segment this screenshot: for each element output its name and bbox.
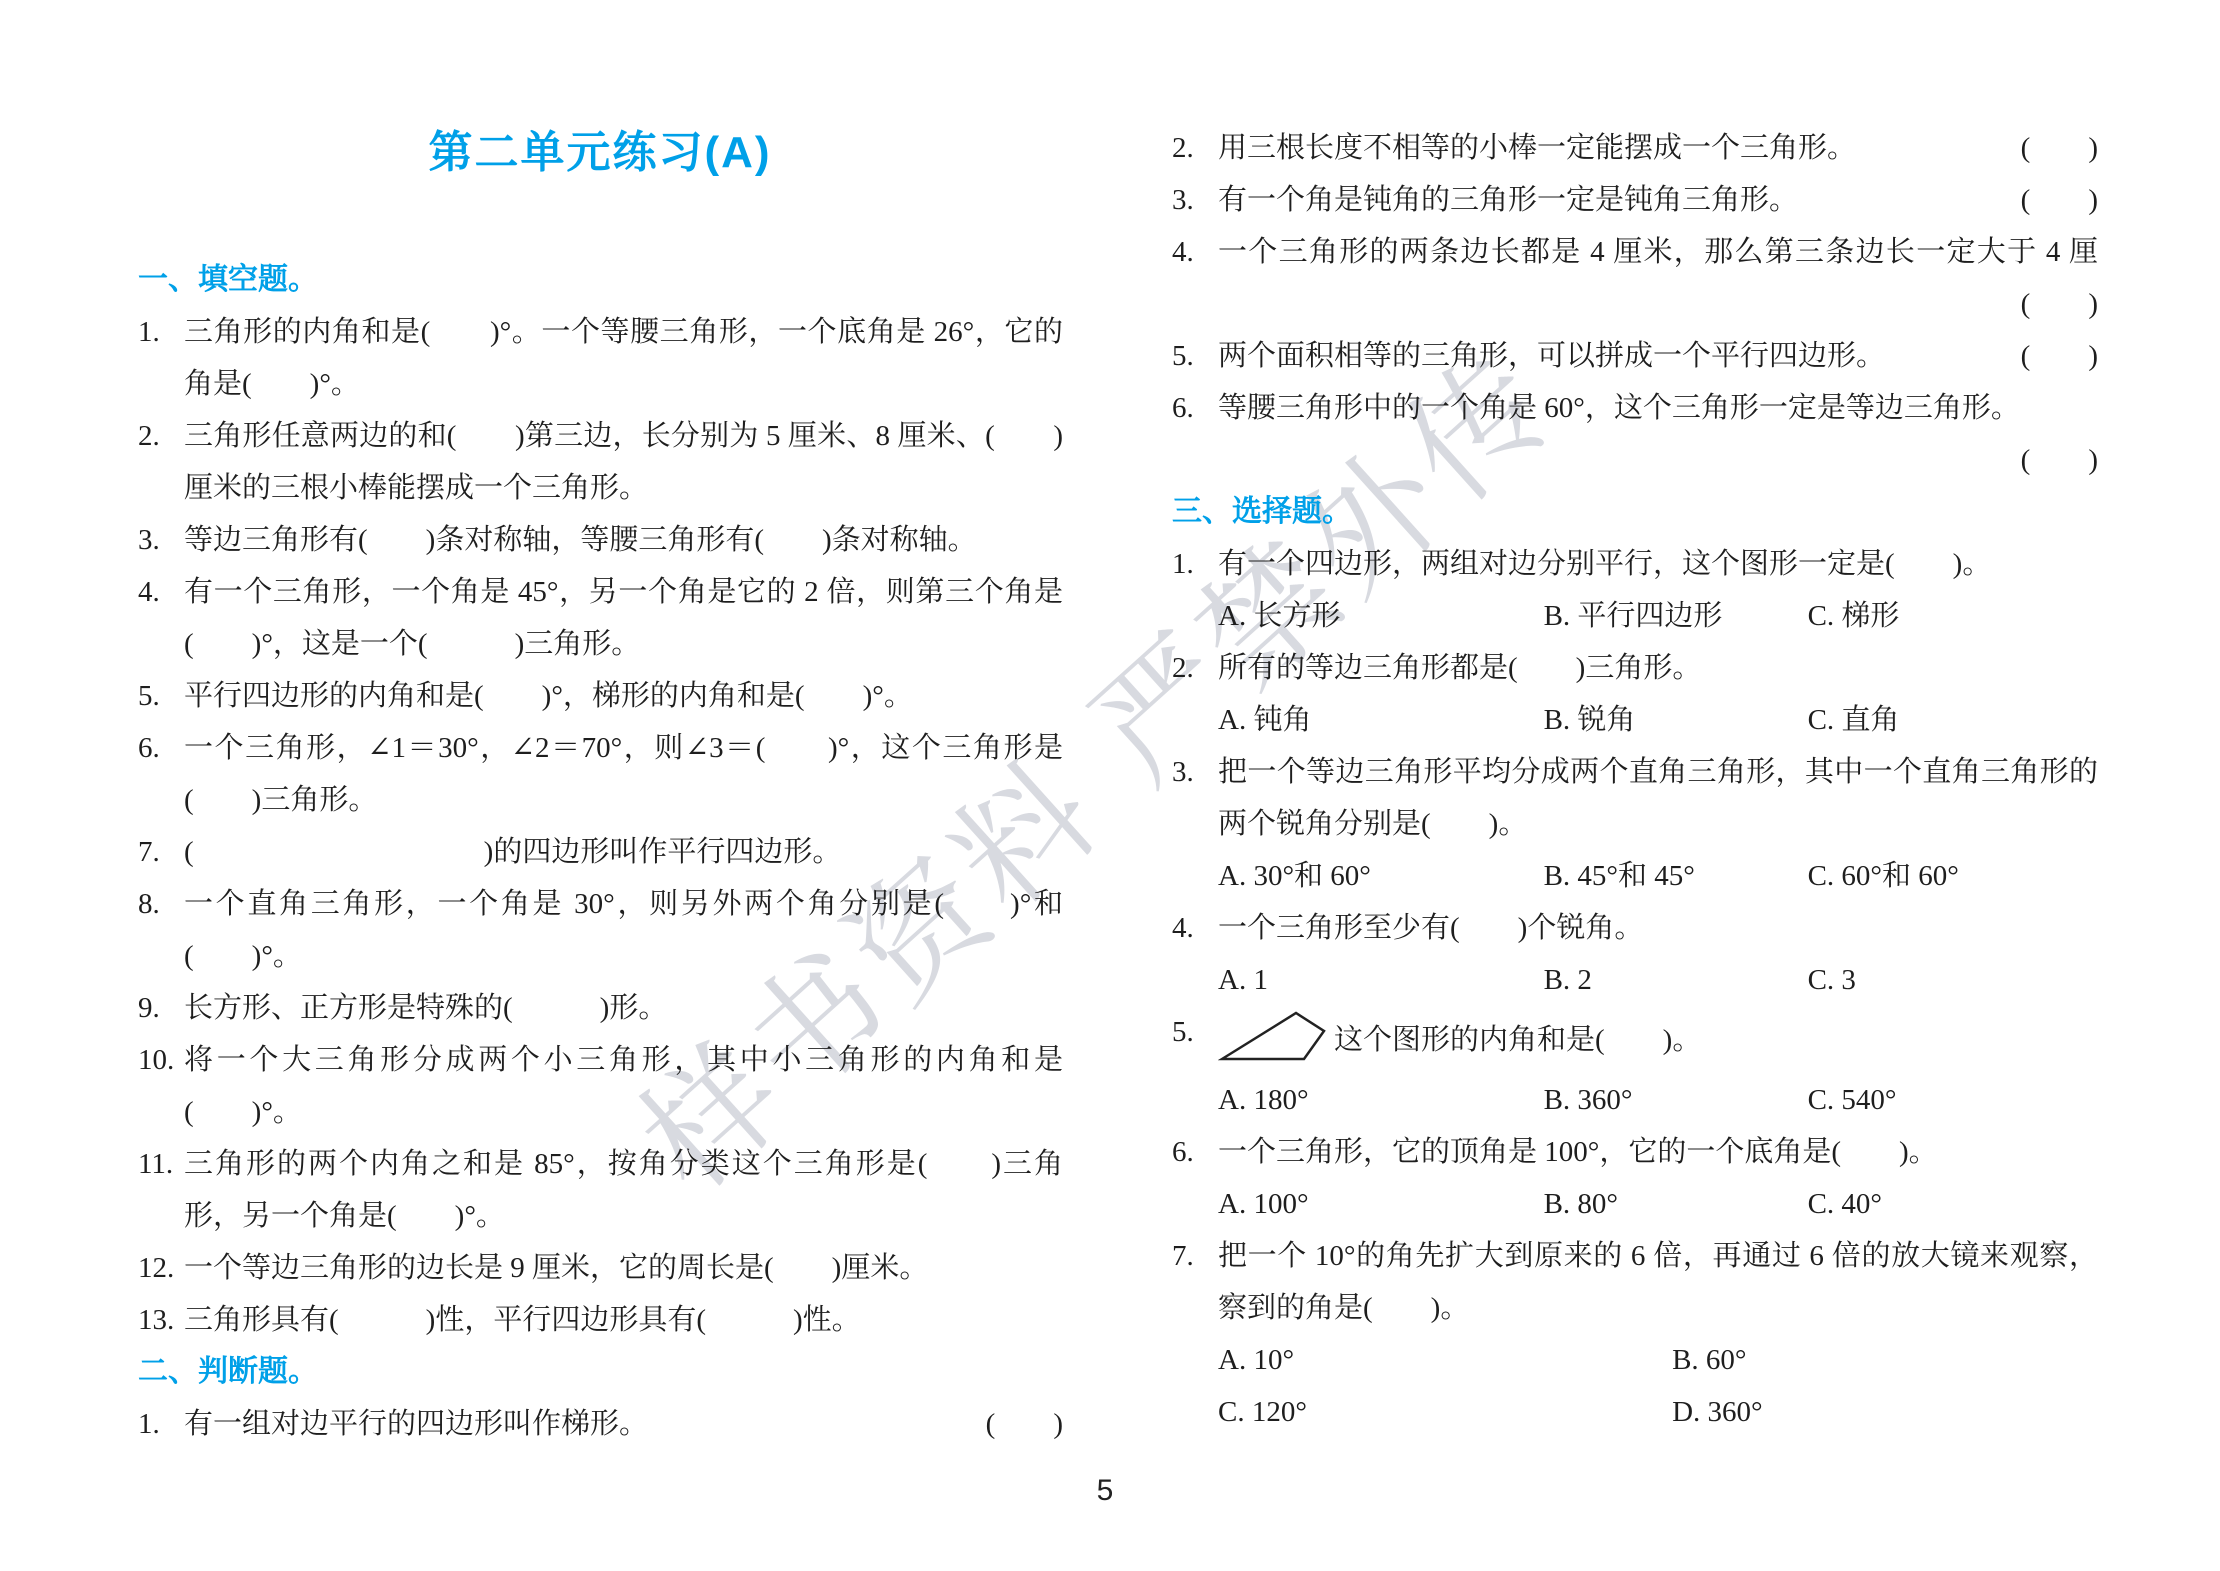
answer-bracket: ( ) xyxy=(2021,174,2098,226)
blank-question: 7.( )的四边形叫作平行四边形。 xyxy=(138,826,1063,878)
question-line: ( ) xyxy=(1218,278,2098,330)
question-text: 把一个等边三角形平均分成两个直角三角形，其中一个直角三角形的 xyxy=(1218,756,2098,788)
choice-question: 5.这个图形的内角和是( )。A. 180°B. 360°C. 540° xyxy=(1172,1006,2098,1126)
question-line: 两个锐角分别是( )。 xyxy=(1218,798,2098,850)
question-text: 所有的等边三角形都是( )三角形。 xyxy=(1218,652,1701,684)
question-line: 厘米的三根小棒能摆成一个三角形。 xyxy=(184,462,1063,514)
options-row: A. 10°B. 60° xyxy=(1218,1334,2098,1386)
question-number: 4. xyxy=(1172,902,1194,954)
question-text: 察到的角是( )。 xyxy=(1218,1292,1469,1324)
worksheet-page: { "page": { "title": "第二单元练习(A)", "numbe… xyxy=(0,0,2220,1571)
question-number: 2. xyxy=(138,410,160,462)
answer-bracket: ( ) xyxy=(2021,122,2098,174)
question-text: 等腰三角形中的一个角是 60°，这个三角形一定是等边三角形。 xyxy=(1218,392,2020,424)
section-header: 二、判断题。 xyxy=(138,1346,1063,1398)
question-number: 10. xyxy=(138,1034,174,1086)
question-text: ( )°，这是一个( )三角形。 xyxy=(184,628,640,660)
choice-question: 6.一个三角形，它的顶角是 100°，它的一个底角是( )。A. 100°B. … xyxy=(1172,1126,2098,1230)
question-number: 7. xyxy=(1172,1230,1194,1282)
question-line: 三角形的两个内角之和是 85°，按角分类这个三角形是( )三角 xyxy=(184,1138,1063,1190)
question-line: 有一个四边形，两组对边分别平行，这个图形一定是( )。 xyxy=(1218,538,2098,590)
question-line: ( )的四边形叫作平行四边形。 xyxy=(184,826,1063,878)
question-text: 用三根长度不相等的小棒一定能摆成一个三角形。 xyxy=(1218,122,1856,174)
question-text: 平行四边形的内角和是( )°，梯形的内角和是( )°。 xyxy=(184,680,913,712)
question-text: 将一个大三角形分成两个小三角形，其中小三角形的内角和是 xyxy=(184,1044,1063,1076)
blank-question: 10.将一个大三角形分成两个小三角形，其中小三角形的内角和是( )°。 xyxy=(138,1034,1063,1138)
option: A. 10° xyxy=(1218,1334,1672,1386)
question-number: 2. xyxy=(1172,122,1194,174)
question-line: 将一个大三角形分成两个小三角形，其中小三角形的内角和是 xyxy=(184,1034,1063,1086)
question-number: 3. xyxy=(1172,174,1194,226)
options-row: A. 钝角B. 锐角C. 直角 xyxy=(1218,694,2098,746)
question-number: 8. xyxy=(138,878,160,930)
options-row: C. 120°D. 360° xyxy=(1218,1386,2098,1438)
question-line: 有一个三角形，一个角是 45°，另一个角是它的 2 倍，则第三个角是 xyxy=(184,566,1063,618)
question-line: 一个三角形至少有( )个锐角。 xyxy=(1218,902,2098,954)
option: B. 平行四边形 xyxy=(1544,590,1808,642)
question-text: 三角形的两个内角之和是 85°，按角分类这个三角形是( )三角 xyxy=(184,1148,1063,1180)
question-number: 4. xyxy=(138,566,160,618)
left-column: 一、填空题。1.三角形的内角和是( )°。一个等腰三角形，一个底角是 26°，它… xyxy=(138,254,1063,1450)
question-text: 一个三角形的两条边长都是 4 厘米，那么第三条边长一定大于 4 厘米。 xyxy=(1218,236,2098,278)
truefalse-question: 2.用三根长度不相等的小棒一定能摆成一个三角形。( ) xyxy=(1172,122,2098,174)
question-line: 有一个角是钝角的三角形一定是钝角三角形。( ) xyxy=(1218,174,2098,226)
question-line: 两个面积相等的三角形，可以拼成一个平行四边形。( ) xyxy=(1218,330,2098,382)
blank-question: 1.三角形的内角和是( )°。一个等腰三角形，一个底角是 26°，它的顶角是( … xyxy=(138,306,1063,410)
question-line: 一个三角形的两条边长都是 4 厘米，那么第三条边长一定大于 4 厘米。 xyxy=(1218,226,2098,278)
question-line: ( ) xyxy=(1218,434,2098,486)
option: C. 120° xyxy=(1218,1386,1672,1438)
option: A. 180° xyxy=(1218,1074,1544,1126)
option: A. 100° xyxy=(1218,1178,1544,1230)
section-header: 一、填空题。 xyxy=(138,254,1063,306)
question-line: 有一组对边平行的四边形叫作梯形。( ) xyxy=(184,1398,1063,1450)
quadrilateral-figure xyxy=(1218,1009,1330,1061)
question-text: 一个直角三角形，一个角是 30°，则另外两个角分别是( )°和 xyxy=(184,888,1063,920)
question-number: 5. xyxy=(1172,330,1194,382)
question-text: 角是( )°。 xyxy=(184,368,360,400)
question-number: 6. xyxy=(1172,1126,1194,1178)
section-header: 三、选择题。 xyxy=(1172,486,2098,538)
question-text: 这个图形的内角和是( )。 xyxy=(1334,1024,1701,1056)
question-text: 三角形具有( )性，平行四边形具有( )性。 xyxy=(184,1304,861,1336)
option: C. 40° xyxy=(1808,1178,2098,1230)
option: B. 2 xyxy=(1544,954,1808,1006)
question-number: 6. xyxy=(1172,382,1194,434)
blank-question: 3.等边三角形有( )条对称轴，等腰三角形有( )条对称轴。 xyxy=(138,514,1063,566)
question-line: 三角形具有( )性，平行四边形具有( )性。 xyxy=(184,1294,1063,1346)
question-line: 一个三角形，它的顶角是 100°，它的一个底角是( )。 xyxy=(1218,1126,2098,1178)
question-text: 一个等边三角形的边长是 9 厘米，它的周长是( )厘米。 xyxy=(184,1252,928,1284)
question-text: ( )°。 xyxy=(184,940,302,972)
question-line: 察到的角是( )。 xyxy=(1218,1282,2098,1334)
answer-bracket: ( ) xyxy=(2021,434,2098,486)
question-line: 等边三角形有( )条对称轴，等腰三角形有( )条对称轴。 xyxy=(184,514,1063,566)
question-number: 13. xyxy=(138,1294,174,1346)
options-row: A. 长方形B. 平行四边形C. 梯形 xyxy=(1218,590,2098,642)
question-line: 三角形的内角和是( )°。一个等腰三角形，一个底角是 26°，它的顶 xyxy=(184,306,1063,358)
question-text: 有一个角是钝角的三角形一定是钝角三角形。 xyxy=(1218,174,1798,226)
question-text: 有一组对边平行的四边形叫作梯形。 xyxy=(184,1398,648,1450)
blank-question: 12.一个等边三角形的边长是 9 厘米，它的周长是( )厘米。 xyxy=(138,1242,1063,1294)
option: B. 锐角 xyxy=(1544,694,1808,746)
options-row: A. 30°和 60°B. 45°和 45°C. 60°和 60° xyxy=(1218,850,2098,902)
options-row: A. 180°B. 360°C. 540° xyxy=(1218,1074,2098,1126)
question-number: 12. xyxy=(138,1242,174,1294)
answer-bracket: ( ) xyxy=(986,1398,1063,1450)
question-text: 长方形、正方形是特殊的( )形。 xyxy=(184,992,667,1024)
option: A. 长方形 xyxy=(1218,590,1544,642)
blank-question: 2.三角形任意两边的和( )第三边，长分别为 5 厘米、8 厘米、( )厘米的三… xyxy=(138,410,1063,514)
question-line: 一个三角形，∠1＝30°，∠2＝70°，则∠3＝( )°，这个三角形是 xyxy=(184,722,1063,774)
question-line: 角是( )°。 xyxy=(184,358,1063,410)
truefalse-question: 1.有一组对边平行的四边形叫作梯形。( ) xyxy=(138,1398,1063,1450)
question-number: 2. xyxy=(1172,642,1194,694)
question-text: 等边三角形有( )条对称轴，等腰三角形有( )条对称轴。 xyxy=(184,524,977,556)
question-text: 一个三角形，∠1＝30°，∠2＝70°，则∠3＝( )°，这个三角形是 xyxy=(184,732,1063,764)
question-line: 形，另一个角是( )°。 xyxy=(184,1190,1063,1242)
page-number: 5 xyxy=(1097,1474,1114,1508)
question-line: 把一个等边三角形平均分成两个直角三角形，其中一个直角三角形的 xyxy=(1218,746,2098,798)
question-line: 用三根长度不相等的小棒一定能摆成一个三角形。( ) xyxy=(1218,122,2098,174)
question-text: ( )°。 xyxy=(184,1096,302,1128)
question-line: 三角形任意两边的和( )第三边，长分别为 5 厘米、8 厘米、( ) xyxy=(184,410,1063,462)
question-text: 形，另一个角是( )°。 xyxy=(184,1200,505,1232)
option: A. 30°和 60° xyxy=(1218,850,1544,902)
question-line: 平行四边形的内角和是( )°，梯形的内角和是( )°。 xyxy=(184,670,1063,722)
blank-question: 8.一个直角三角形，一个角是 30°，则另外两个角分别是( )°和( )°。 xyxy=(138,878,1063,982)
question-number: 7. xyxy=(138,826,160,878)
question-line: 这个图形的内角和是( )。 xyxy=(1218,1006,2098,1074)
option: C. 3 xyxy=(1808,954,2098,1006)
truefalse-question: 3.有一个角是钝角的三角形一定是钝角三角形。( ) xyxy=(1172,174,2098,226)
choice-question: 1.有一个四边形，两组对边分别平行，这个图形一定是( )。A. 长方形B. 平行… xyxy=(1172,538,2098,642)
question-line: 一个直角三角形，一个角是 30°，则另外两个角分别是( )°和 xyxy=(184,878,1063,930)
question-text: 一个三角形，它的顶角是 100°，它的一个底角是( )。 xyxy=(1218,1136,1938,1168)
options-row: A. 100°B. 80°C. 40° xyxy=(1218,1178,2098,1230)
option: A. 钝角 xyxy=(1218,694,1544,746)
question-text: 三角形的内角和是( )°。一个等腰三角形，一个底角是 26°，它的顶 xyxy=(184,316,1063,358)
truefalse-question: 4.一个三角形的两条边长都是 4 厘米，那么第三条边长一定大于 4 厘米。( ) xyxy=(1172,226,2098,330)
choice-question: 7.把一个 10°的角先扩大到原来的 6 倍，再通过 6 倍的放大镜来观察，观察… xyxy=(1172,1230,2098,1438)
truefalse-question: 6.等腰三角形中的一个角是 60°，这个三角形一定是等边三角形。( ) xyxy=(1172,382,2098,486)
question-number: 6. xyxy=(138,722,160,774)
option: C. 540° xyxy=(1808,1074,2098,1126)
blank-question: 6.一个三角形，∠1＝30°，∠2＝70°，则∠3＝( )°，这个三角形是( )… xyxy=(138,722,1063,826)
question-number: 3. xyxy=(138,514,160,566)
question-number: 11. xyxy=(138,1138,173,1190)
option: C. 60°和 60° xyxy=(1808,850,2098,902)
answer-bracket: ( ) xyxy=(2021,330,2098,382)
choice-question: 4.一个三角形至少有( )个锐角。A. 1B. 2C. 3 xyxy=(1172,902,2098,1006)
truefalse-question: 5.两个面积相等的三角形，可以拼成一个平行四边形。( ) xyxy=(1172,330,2098,382)
question-line: 把一个 10°的角先扩大到原来的 6 倍，再通过 6 倍的放大镜来观察，观 xyxy=(1218,1230,2098,1282)
option: B. 360° xyxy=(1544,1074,1808,1126)
question-text: 三角形任意两边的和( )第三边，长分别为 5 厘米、8 厘米、( ) xyxy=(184,420,1063,452)
question-number: 1. xyxy=(138,1398,160,1450)
question-line: ( )°，这是一个( )三角形。 xyxy=(184,618,1063,670)
blank-question: 4.有一个三角形，一个角是 45°，另一个角是它的 2 倍，则第三个角是( )°… xyxy=(138,566,1063,670)
question-text: 有一个三角形，一个角是 45°，另一个角是它的 2 倍，则第三个角是 xyxy=(184,576,1063,608)
question-line: ( )三角形。 xyxy=(184,774,1063,826)
question-text: ( )三角形。 xyxy=(184,784,377,816)
option: C. 梯形 xyxy=(1808,590,2098,642)
question-text: 两个锐角分别是( )。 xyxy=(1218,808,1527,840)
question-number: 4. xyxy=(1172,226,1194,278)
question-line: 一个等边三角形的边长是 9 厘米，它的周长是( )厘米。 xyxy=(184,1242,1063,1294)
question-number: 5. xyxy=(1172,1006,1194,1058)
choice-question: 2.所有的等边三角形都是( )三角形。A. 钝角B. 锐角C. 直角 xyxy=(1172,642,2098,746)
question-line: ( )°。 xyxy=(184,930,1063,982)
blank-question: 9.长方形、正方形是特殊的( )形。 xyxy=(138,982,1063,1034)
right-column: 2.用三根长度不相等的小棒一定能摆成一个三角形。( )3.有一个角是钝角的三角形… xyxy=(1172,122,2098,1438)
question-line: 所有的等边三角形都是( )三角形。 xyxy=(1218,642,2098,694)
option: B. 45°和 45° xyxy=(1544,850,1808,902)
choice-question: 3.把一个等边三角形平均分成两个直角三角形，其中一个直角三角形的两个锐角分别是(… xyxy=(1172,746,2098,902)
question-text: 厘米的三根小棒能摆成一个三角形。 xyxy=(184,472,648,504)
question-number: 3. xyxy=(1172,746,1194,798)
question-number: 9. xyxy=(138,982,160,1034)
option: A. 1 xyxy=(1218,954,1544,1006)
blank-question: 13.三角形具有( )性，平行四边形具有( )性。 xyxy=(138,1294,1063,1346)
blank-question: 5.平行四边形的内角和是( )°，梯形的内角和是( )°。 xyxy=(138,670,1063,722)
option: C. 直角 xyxy=(1808,694,2098,746)
blank-question: 11.三角形的两个内角之和是 85°，按角分类这个三角形是( )三角形，另一个角… xyxy=(138,1138,1063,1242)
answer-bracket: ( ) xyxy=(2021,278,2098,330)
page-title: 第二单元练习(A) xyxy=(428,116,771,180)
option: B. 80° xyxy=(1544,1178,1808,1230)
question-number: 1. xyxy=(1172,538,1194,590)
options-row: A. 1B. 2C. 3 xyxy=(1218,954,2098,1006)
question-line: 长方形、正方形是特殊的( )形。 xyxy=(184,982,1063,1034)
option: D. 360° xyxy=(1672,1386,2098,1438)
question-text: 把一个 10°的角先扩大到原来的 6 倍，再通过 6 倍的放大镜来观察，观 xyxy=(1218,1240,2098,1282)
option: B. 60° xyxy=(1672,1334,2098,1386)
question-line: 等腰三角形中的一个角是 60°，这个三角形一定是等边三角形。 xyxy=(1218,382,2098,434)
question-line: ( )°。 xyxy=(184,1086,1063,1138)
question-text: 有一个四边形，两组对边分别平行，这个图形一定是( )。 xyxy=(1218,548,1991,580)
question-text: ( )的四边形叫作平行四边形。 xyxy=(184,836,841,868)
question-text: 一个三角形至少有( )个锐角。 xyxy=(1218,912,1643,944)
question-number: 1. xyxy=(138,306,160,358)
question-number: 5. xyxy=(138,670,160,722)
question-text: 两个面积相等的三角形，可以拼成一个平行四边形。 xyxy=(1218,330,1885,382)
